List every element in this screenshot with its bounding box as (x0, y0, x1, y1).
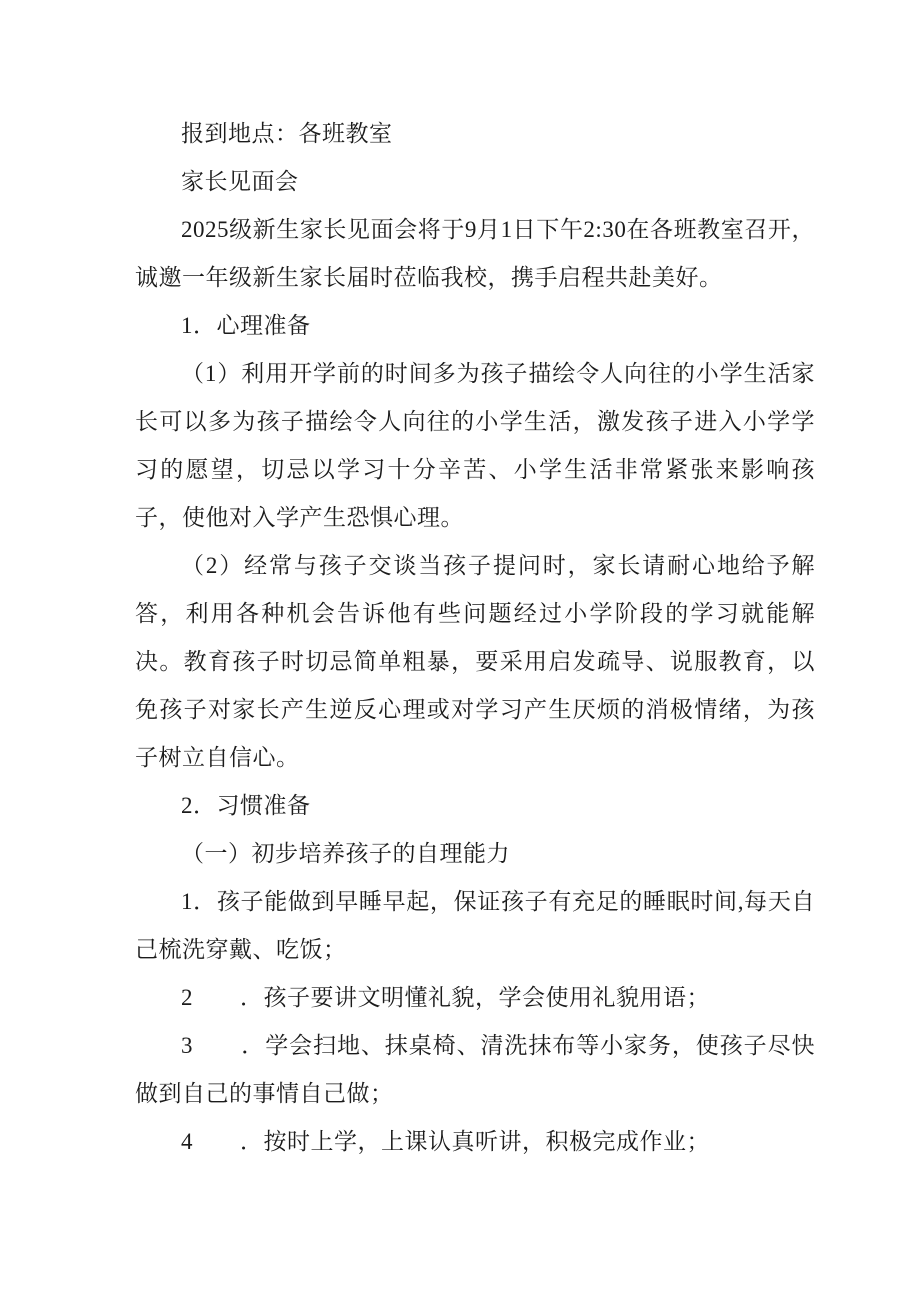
line-report-location: 报到地点：各班教室 (135, 110, 815, 158)
para-meeting-announcement: 2025级新生家长见面会将于9月1日下午2:30在各班教室召开，诚邀一年级新生家… (135, 206, 815, 302)
heading-psych-preparation: 1．心理准备 (135, 302, 815, 350)
item-habit-1: 1．孩子能做到早睡早起，保证孩子有充足的睡眠时间,每天自己梳洗穿戴、吃饭； (135, 878, 815, 974)
item-habit-4: 4 ．按时上学，上课认真听讲，积极完成作业； (135, 1118, 815, 1166)
line-parent-meeting-title: 家长见面会 (135, 158, 815, 206)
item-habit-2: 2 ．孩子要讲文明懂礼貌，学会使用礼貌用语； (135, 974, 815, 1022)
heading-self-care-ability: （一）初步培养孩子的自理能力 (135, 830, 815, 878)
item-habit-3: 3 ．学会扫地、抹桌椅、清洗抹布等小家务，使孩子尽快做到自己的事情自己做； (135, 1022, 815, 1118)
para-psych-point-1: （1）利用开学前的时间多为孩子描绘令人向往的小学生活家长可以多为孩子描绘令人向往… (135, 350, 815, 542)
document-page: 报到地点：各班教室 家长见面会 2025级新生家长见面会将于9月1日下午2:30… (135, 110, 815, 1166)
para-psych-point-2: （2）经常与孩子交谈当孩子提问时，家长请耐心地给予解答，利用各种机会告诉他有些问… (135, 542, 815, 782)
heading-habit-preparation: 2．习惯准备 (135, 782, 815, 830)
